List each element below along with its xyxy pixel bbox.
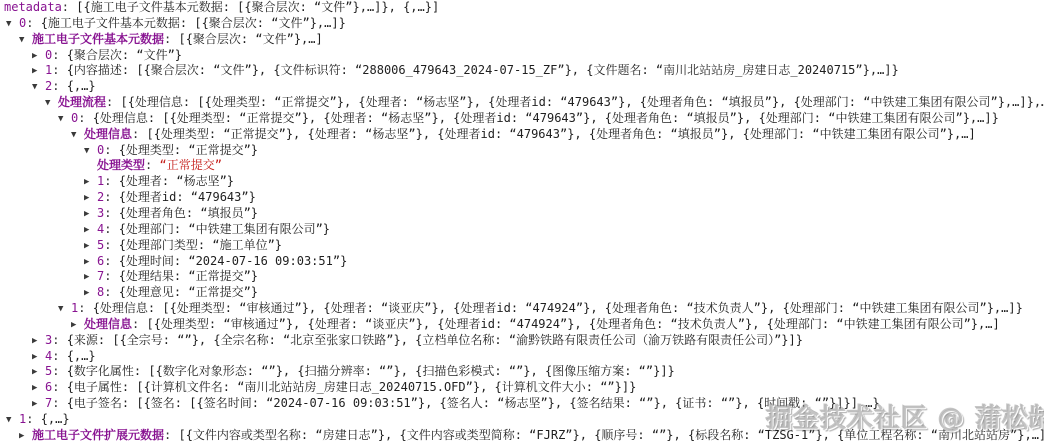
expand-arrow-icon[interactable]: ▶ xyxy=(84,255,97,270)
expand-arrow-icon[interactable]: ▶ xyxy=(32,49,45,64)
tree-row[interactable]: ▶1: {处理者: “杨志坚”} xyxy=(0,174,1044,190)
node-key: metadata xyxy=(4,0,62,14)
tree-row[interactable]: ▶7: {处理结果: “正常提交”} xyxy=(0,269,1044,285)
key-colon: : xyxy=(132,317,146,331)
tree-row[interactable]: ▶6: {电子属性: [{计算机文件名: “南川北站站房_房建日志_202407… xyxy=(0,380,1044,396)
tree-row[interactable]: ▼施工电子文件基本元数据: [{聚合层次: “文件”},…] xyxy=(0,32,1044,48)
json-tree-viewer: metadata: [{施工电子文件基本元数据: [{聚合层次: “文件”},…… xyxy=(0,0,1044,444)
key-colon: : xyxy=(52,380,66,394)
collapse-arrow-icon[interactable]: ▼ xyxy=(84,144,97,159)
node-preview: {,…} xyxy=(67,349,96,363)
expand-arrow-icon[interactable]: ▶ xyxy=(32,381,45,396)
key-colon: : xyxy=(164,32,178,46)
tree-row[interactable]: ▶4: {处理部门: “中铁建工集团有限公司”} xyxy=(0,222,1044,238)
node-preview: {处理者: “杨志坚”} xyxy=(119,174,234,188)
key-colon: : xyxy=(62,0,76,14)
tree-row[interactable]: ▼0: {处理信息: [{处理类型: “正常提交”}, {处理者: “杨志坚”}… xyxy=(0,111,1044,127)
tree-row[interactable]: ▼处理流程: [{处理信息: [{处理类型: “正常提交”}, {处理者: “杨… xyxy=(0,95,1044,111)
key-colon: : xyxy=(104,238,118,252)
node-preview: {聚合层次: “文件”} xyxy=(67,48,182,62)
key-colon: : xyxy=(104,143,118,157)
node-preview: [{处理信息: [{处理类型: “正常提交”}, {处理者: “杨志坚”}, {… xyxy=(120,95,1044,109)
tree-row[interactable]: ▼0: {处理类型: “正常提交”} xyxy=(0,143,1044,159)
key-colon: : xyxy=(26,412,40,426)
tree-row[interactable]: ▶施工电子文件扩展元数据: [{文件内容或类型名称: “房建日志”}, {文件内… xyxy=(0,428,1044,444)
node-key: 处理信息 xyxy=(84,317,132,331)
expand-arrow-icon[interactable]: ▶ xyxy=(84,175,97,190)
node-preview: {处理部门类型: “施工单位”} xyxy=(119,238,282,252)
collapse-arrow-icon[interactable]: ▼ xyxy=(58,302,71,317)
node-preview: {施工电子文件基本元数据: [{聚合层次: “文件”},…]} xyxy=(41,16,346,30)
node-preview: {电子签名: [{签名: [{签名时间: “2024-07-16 09:03:5… xyxy=(67,396,880,410)
tree-row[interactable]: ▼处理信息: [{处理类型: “正常提交”}, {处理者: “杨志坚”}, {处… xyxy=(0,127,1044,143)
key-colon: : xyxy=(52,79,66,93)
collapse-arrow-icon[interactable]: ▼ xyxy=(58,112,71,127)
expand-arrow-icon[interactable]: ▶ xyxy=(32,397,45,412)
node-key: 处理信息 xyxy=(84,127,132,141)
key-colon: : xyxy=(52,48,66,62)
expand-arrow-icon[interactable]: ▶ xyxy=(84,239,97,254)
node-preview: {处理类型: “正常提交”} xyxy=(119,143,258,157)
expand-arrow-icon[interactable]: ▶ xyxy=(84,191,97,206)
key-colon: : xyxy=(104,285,118,299)
expand-arrow-icon[interactable]: ▶ xyxy=(32,350,45,365)
expand-arrow-icon[interactable]: ▶ xyxy=(84,270,97,285)
key-colon: : xyxy=(52,349,66,363)
expand-arrow-icon[interactable]: ▶ xyxy=(84,207,97,222)
tree-row[interactable]: ▼2: {,…} xyxy=(0,79,1044,95)
key-colon: : xyxy=(104,174,118,188)
node-key: 施工电子文件扩展元数据 xyxy=(32,428,164,442)
expand-arrow-icon[interactable]: ▶ xyxy=(84,286,97,301)
expand-arrow-icon[interactable]: ▶ xyxy=(84,223,97,238)
node-preview: {处理部门: “中铁建工集团有限公司”} xyxy=(119,222,330,236)
node-preview: {处理者角色: “填报员”} xyxy=(119,206,258,220)
tree-row[interactable]: ▶5: {处理部门类型: “施工单位”} xyxy=(0,238,1044,254)
node-preview: {电子属性: [{计算机文件名: “南川北站站房_房建日志_20240715.O… xyxy=(67,380,637,394)
collapse-arrow-icon[interactable]: ▼ xyxy=(45,96,58,111)
node-preview: {,…} xyxy=(41,412,70,426)
node-preview: {处理意见: “正常提交”} xyxy=(119,285,258,299)
node-preview: {处理信息: [{处理类型: “审核通过”}, {处理者: “谈亚庆”}, {处… xyxy=(93,301,1023,315)
key-colon: : xyxy=(52,364,66,378)
expand-arrow-icon[interactable]: ▶ xyxy=(19,429,32,444)
node-preview: [{处理类型: “正常提交”}, {处理者: “杨志坚”}, {处理者id: “… xyxy=(146,127,975,141)
tree-row[interactable]: 处理类型: “正常提交” xyxy=(0,158,1044,174)
key-colon: : xyxy=(78,301,92,315)
tree-row[interactable]: ▶1: {内容描述: [{聚合层次: “文件”}, {文件标识符: “28800… xyxy=(0,63,1044,79)
key-colon: : xyxy=(52,333,66,347)
tree-row[interactable]: ▶3: {处理者角色: “填报员”} xyxy=(0,206,1044,222)
collapse-arrow-icon[interactable]: ▼ xyxy=(6,17,19,32)
tree-row[interactable]: ▶5: {数字化属性: [{数字化对象形态: “”}, {扫描分辨率: “”},… xyxy=(0,364,1044,380)
node-key: 处理流程 xyxy=(58,95,106,109)
node-preview: {内容描述: [{聚合层次: “文件”}, {文件标识符: “288006_47… xyxy=(67,63,899,77)
expand-arrow-icon[interactable]: ▶ xyxy=(32,365,45,380)
tree-row[interactable]: ▶4: {,…} xyxy=(0,349,1044,365)
collapse-arrow-icon[interactable]: ▼ xyxy=(71,128,84,143)
expand-arrow-icon[interactable]: ▶ xyxy=(32,334,45,349)
node-preview: {,…} xyxy=(67,79,96,93)
node-key: 施工电子文件基本元数据 xyxy=(32,32,164,46)
node-preview: {处理者id: “479643”} xyxy=(119,190,256,204)
tree-row[interactable]: ▼0: {施工电子文件基本元数据: [{聚合层次: “文件”},…]} xyxy=(0,16,1044,32)
expand-arrow-icon[interactable]: ▶ xyxy=(32,64,45,79)
key-colon: : xyxy=(52,396,66,410)
key-colon: : xyxy=(164,428,178,442)
node-preview: [{聚合层次: “文件”},…] xyxy=(178,32,322,46)
key-colon: : xyxy=(145,158,159,172)
node-preview: [{文件内容或类型名称: “房建日志”}, {文件内容或类型简称: “FJRZ”… xyxy=(178,428,1044,442)
node-preview: [{施工电子文件基本元数据: [{聚合层次: “文件”},…]}, {,…}] xyxy=(76,0,439,14)
node-preview: {处理时间: “2024-07-16 09:03:51”} xyxy=(119,254,348,268)
collapse-arrow-icon[interactable]: ▼ xyxy=(19,33,32,48)
key-colon: : xyxy=(78,111,92,125)
tree-row[interactable]: metadata: [{施工电子文件基本元数据: [{聚合层次: “文件”},…… xyxy=(0,0,1044,16)
tree-row[interactable]: ▶处理信息: [{处理类型: “审核通过”}, {处理者: “谈亚庆”}, {处… xyxy=(0,317,1044,333)
node-preview: [{处理类型: “审核通过”}, {处理者: “谈亚庆”}, {处理者id: “… xyxy=(146,317,999,331)
key-colon: : xyxy=(104,190,118,204)
key-colon: : xyxy=(132,127,146,141)
tree-row[interactable]: ▶3: {来源: [{全宗号: “”}, {全宗名称: “北京至张家口铁路”},… xyxy=(0,333,1044,349)
tree-row[interactable]: ▶7: {电子签名: [{签名: [{签名时间: “2024-07-16 09:… xyxy=(0,396,1044,412)
node-preview: {数字化属性: [{数字化对象形态: “”}, {扫描分辨率: “”}, {扫描… xyxy=(67,364,675,378)
node-preview: {处理结果: “正常提交”} xyxy=(119,269,258,283)
tree-row[interactable]: ▶8: {处理意见: “正常提交”} xyxy=(0,285,1044,301)
collapse-arrow-icon[interactable]: ▼ xyxy=(32,80,45,95)
key-colon: : xyxy=(104,254,118,268)
node-preview: {来源: [{全宗号: “”}, {全宗名称: “北京至张家口铁路”}, {立档… xyxy=(67,333,803,347)
node-key: 处理类型 xyxy=(97,158,145,172)
tree-row[interactable]: ▶2: {处理者id: “479643”} xyxy=(0,190,1044,206)
node-value: “正常提交” xyxy=(159,158,221,172)
key-colon: : xyxy=(52,63,66,77)
key-colon: : xyxy=(106,95,120,109)
key-colon: : xyxy=(104,206,118,220)
key-colon: : xyxy=(104,269,118,283)
expand-arrow-icon[interactable]: ▶ xyxy=(71,318,84,333)
tree-row[interactable]: ▼1: {,…} xyxy=(0,412,1044,428)
collapse-arrow-icon[interactable]: ▼ xyxy=(6,413,19,428)
tree-row[interactable]: ▼1: {处理信息: [{处理类型: “审核通过”}, {处理者: “谈亚庆”}… xyxy=(0,301,1044,317)
key-colon: : xyxy=(104,222,118,236)
tree-row[interactable]: ▶6: {处理时间: “2024-07-16 09:03:51”} xyxy=(0,254,1044,270)
tree-row[interactable]: ▶0: {聚合层次: “文件”} xyxy=(0,48,1044,64)
node-preview: {处理信息: [{处理类型: “正常提交”}, {处理者: “杨志坚”}, {处… xyxy=(93,111,999,125)
key-colon: : xyxy=(26,16,40,30)
